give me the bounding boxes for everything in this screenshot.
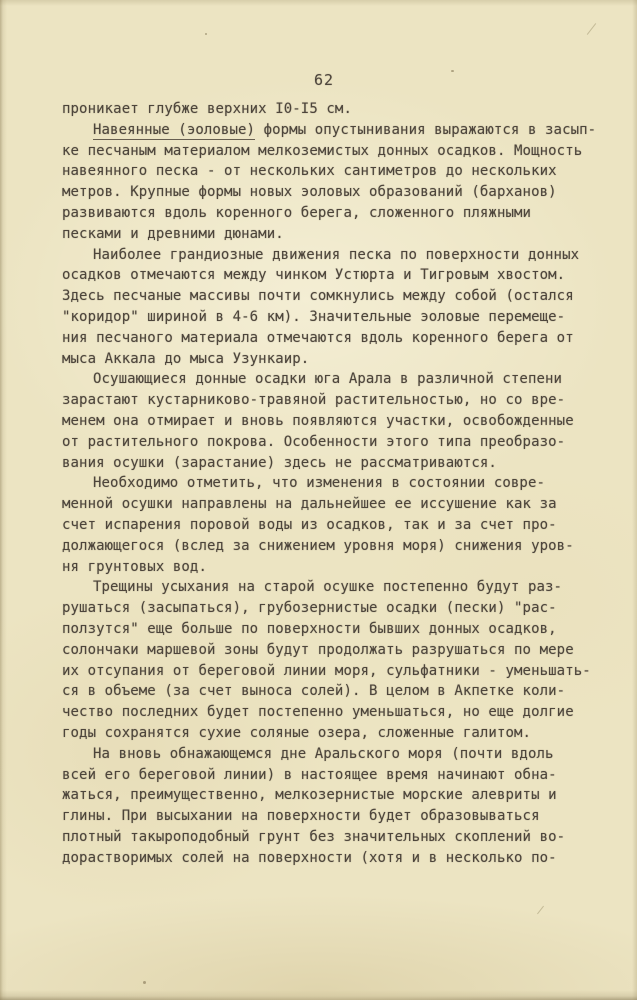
paragraph: Навеянные (эоловые) формы опустынивания … <box>62 120 586 245</box>
text-line: всей его береговой линии) в настоящее вр… <box>62 765 586 786</box>
text-line: менной осушки направлены на дальнейшее е… <box>62 494 586 515</box>
text-line: ся в объеме (за счет выноса солей). В це… <box>62 681 586 702</box>
text-line: Осушающиеся донные осадки юга Арала в ра… <box>62 369 586 390</box>
text-line: годы сохранятся сухие соляные озера, сло… <box>62 723 586 744</box>
text-line: должающегося (вслед за снижением уровня … <box>62 536 586 557</box>
text-line: солончаки маршевой зоны будут продолжать… <box>62 640 586 661</box>
text-line: ня грунтовых вод. <box>62 557 586 578</box>
text-block: 62 проникает глубже верхних I0-I5 см.Нав… <box>62 70 586 868</box>
text-line: Необходимо отметить, что изменения в сос… <box>62 473 586 494</box>
text-line: счет испарения поровой воды из осадков, … <box>62 515 586 536</box>
text-lines: проникает глубже верхних I0-I5 см.Навеян… <box>62 99 586 868</box>
paper-scratch <box>537 906 544 914</box>
paper-scratch <box>587 23 596 35</box>
text-line: Здесь песчаные массивы почти сомкнулись … <box>62 286 586 307</box>
text-line: рушаться (засыпаться), грубозернистые ос… <box>62 598 586 619</box>
paragraph: Осушающиеся донные осадки юга Арала в ра… <box>62 369 586 473</box>
text-line: плотный такыроподобный грунт без значите… <box>62 827 586 848</box>
paragraph: Наиболее грандиозные движения песка по п… <box>62 245 586 370</box>
scanned-document-page: 62 проникает глубже верхних I0-I5 см.Нав… <box>0 0 637 1000</box>
paper-speck <box>205 33 207 35</box>
text-line: зарастают кустарниково-травяной растител… <box>62 390 586 411</box>
text-line: их отсупания от береговой линии моря, су… <box>62 661 586 682</box>
text-line: ке песчаным материалом мелкоземистых дон… <box>62 141 586 162</box>
text-line: Трещины усыхания на старой осушке постеп… <box>62 577 586 598</box>
text-line: "коридор" шириной в 4-6 км). Значительны… <box>62 307 586 328</box>
text-line: развиваются вдоль коренного берега, слож… <box>62 203 586 224</box>
text-line: песками и древними дюнами. <box>62 224 586 245</box>
underlined-heading: Навеянные (эоловые) <box>93 122 255 140</box>
text-line: мыса Аккала до мыса Узункаир. <box>62 349 586 370</box>
text-line: глины. При высыхании на поверхности буде… <box>62 806 586 827</box>
text-line: Наиболее грандиозные движения песка по п… <box>62 245 586 266</box>
paper-speck <box>451 70 454 72</box>
text-line: чество последних будет постепенно уменьш… <box>62 702 586 723</box>
text-line: На вновь обнажающемся дне Аральского мор… <box>62 744 586 765</box>
page-number: 62 <box>62 70 586 91</box>
paragraph: проникает глубже верхних I0-I5 см. <box>62 99 586 120</box>
paragraph: Необходимо отметить, что изменения в сос… <box>62 473 586 577</box>
text-line: осадков отмечаются между чинком Устюрта … <box>62 265 586 286</box>
paragraph: На вновь обнажающемся дне Аральского мор… <box>62 744 586 869</box>
text-line: жаться, преимущественно, мелкозернистые … <box>62 785 586 806</box>
paper-speck <box>143 981 146 984</box>
text-line: ползутся" еще больше по поверхности бывш… <box>62 619 586 640</box>
text-line: Навеянные (эоловые) формы опустынивания … <box>62 120 586 141</box>
paragraph: Трещины усыхания на старой осушке постеп… <box>62 577 586 743</box>
text-line: от растительного покрова. Особенности эт… <box>62 432 586 453</box>
text-line: дорастворимых солей на поверхности (хотя… <box>62 848 586 869</box>
text-line: проникает глубже верхних I0-I5 см. <box>62 99 586 120</box>
text-line: ния песчаного материала отмечаются вдоль… <box>62 328 586 349</box>
text-line: вания осушки (зарастание) здесь не рассм… <box>62 453 586 474</box>
text-line: метров. Крупные формы новых эоловых обра… <box>62 182 586 203</box>
text-line: менем она отмирает и вновь появляются уч… <box>62 411 586 432</box>
text-line: навеянного песка - от нескольких сантиме… <box>62 161 586 182</box>
